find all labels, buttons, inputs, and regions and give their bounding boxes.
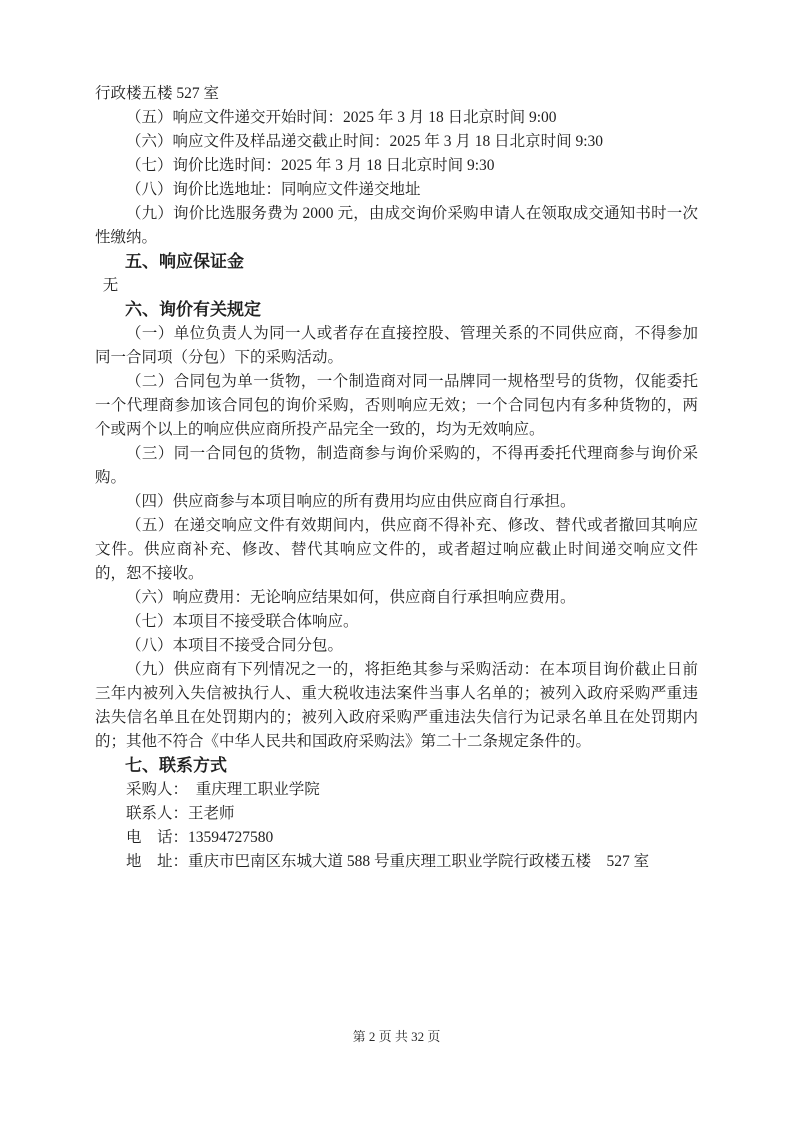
schedule-item-service-fee: （九）询价比选服务费为 2000 元，由成交询价采购申请人在领取成交通知书时一次… (95, 202, 698, 250)
rule-item-5: （五）在递交响应文件有效期间内，供应商不得补充、修改、替代或者撤回其响应文件。供… (95, 514, 698, 586)
page-number: 第 2 页 共 32 页 (0, 1025, 793, 1049)
schedule-item-submission-deadline: （六）响应文件及样品递交截止时间：2025 年 3 月 18 日北京时间 9:3… (95, 130, 698, 154)
rule-item-6: （六）响应费用：无论响应结果如何，供应商自行承担响应费用。 (95, 586, 698, 610)
rule-item-7: （七）本项目不接受联合体响应。 (95, 610, 698, 634)
rule-item-4: （四）供应商参与本项目响应的所有费用均应由供应商自行承担。 (95, 490, 698, 514)
carryover-address-line: 行政楼五楼 527 室 (95, 82, 698, 106)
rule-item-3: （三）同一合同包的货物，制造商参与询价采购的，不得再委托代理商参与询价采购。 (95, 442, 698, 490)
rule-item-2: （二）合同包为单一货物，一个制造商对同一品牌同一规格型号的货物，仅能委托一个代理… (95, 370, 698, 442)
rule-item-1: （一）单位负责人为同一人或者存在直接控股、管理关系的不同供应商，不得参加同一合同… (95, 322, 698, 370)
section-5-value: 无 (95, 274, 698, 298)
section-7-heading: 七、联系方式 (95, 754, 698, 778)
schedule-item-inquiry-address: （八）询价比选地址：同响应文件递交地址 (95, 178, 698, 202)
section-6-heading: 六、询价有关规定 (95, 298, 698, 322)
contact-person: 联系人：王老师 (95, 802, 698, 826)
rule-item-9: （九）供应商有下列情况之一的，将拒绝其参与采购活动：在本项目询价截止日前三年内被… (95, 658, 698, 754)
contact-address: 地 址：重庆市巴南区东城大道 588 号重庆理工职业学院行政楼五楼 527 室 (95, 850, 698, 874)
schedule-item-submission-start: （五）响应文件递交开始时间：2025 年 3 月 18 日北京时间 9:00 (95, 106, 698, 130)
document-page: 行政楼五楼 527 室 （五）响应文件递交开始时间：2025 年 3 月 18 … (0, 0, 793, 1122)
document-body: 行政楼五楼 527 室 （五）响应文件递交开始时间：2025 年 3 月 18 … (95, 82, 698, 874)
contact-purchaser: 采购人： 重庆理工职业学院 (95, 778, 698, 802)
schedule-item-inquiry-time: （七）询价比选时间：2025 年 3 月 18 日北京时间 9:30 (95, 154, 698, 178)
contact-phone: 电 话：13594727580 (95, 826, 698, 850)
rule-item-8: （八）本项目不接受合同分包。 (95, 634, 698, 658)
section-5-heading: 五、响应保证金 (95, 250, 698, 274)
